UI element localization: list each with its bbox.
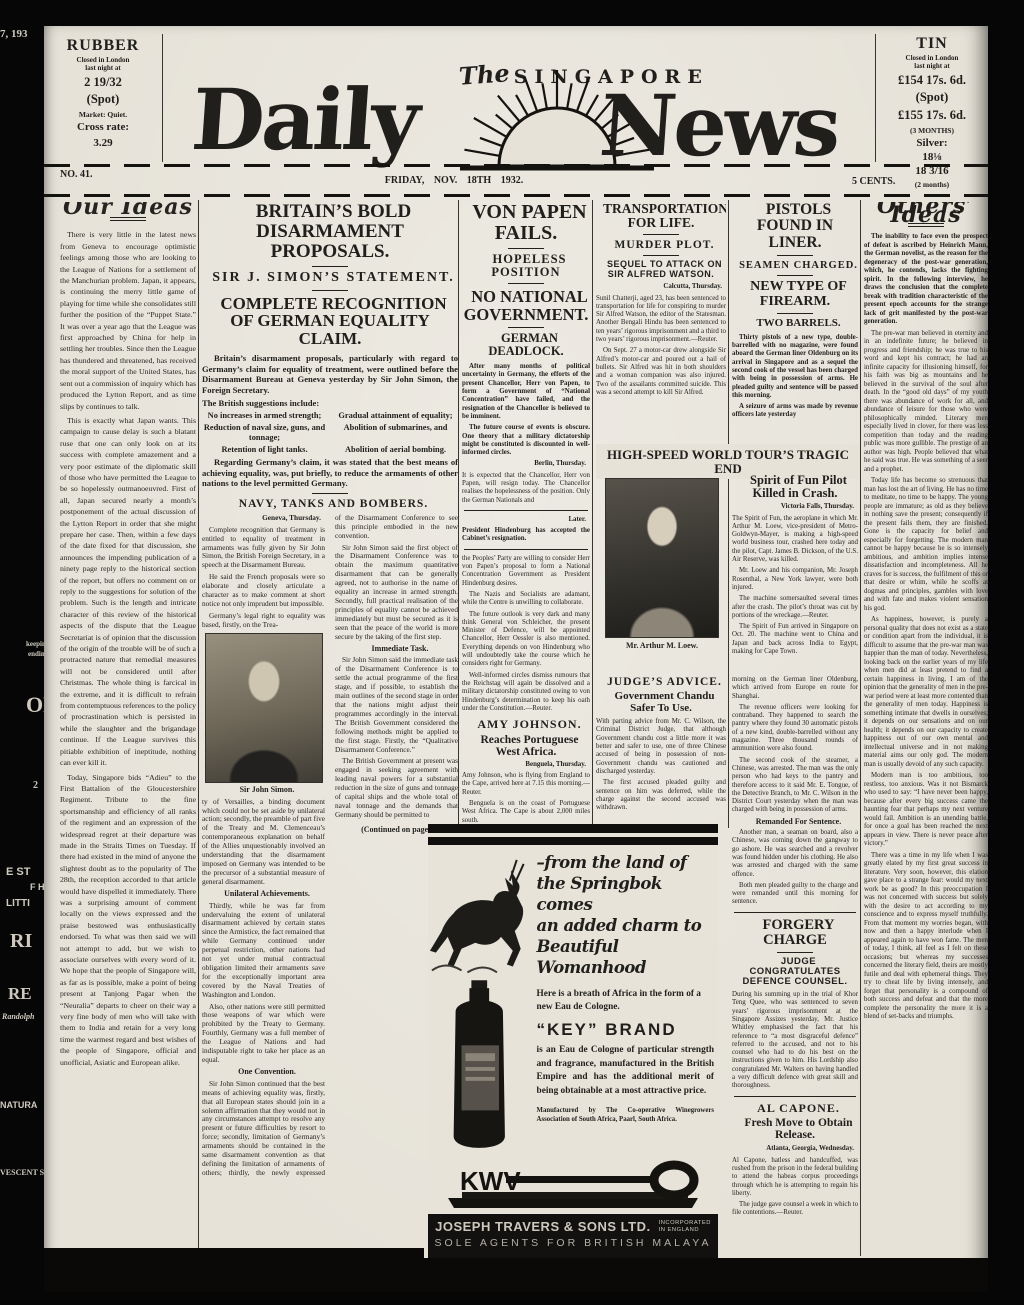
edge-fragment: 7, 193 <box>0 28 28 40</box>
von-papen-article: VON PAPEN FAILS. HOPELESS POSITION NO NA… <box>462 202 590 714</box>
rubber-market-box: RUBBER Closed in London last night at 2 … <box>52 36 154 151</box>
section-rule <box>777 313 813 314</box>
column-rule <box>728 200 729 828</box>
story-paragraph: The Spirit of Fun, the aeroplane in whic… <box>732 515 858 565</box>
story-rule <box>464 549 588 550</box>
pistols-article: PISTOLS FOUND IN LINER. SEAMEN CHARGED. … <box>732 202 858 470</box>
ad-manufacturer-text: Manufactured by The Co-operative Winegro… <box>537 1106 714 1124</box>
subheadline: SIR J. SIMON’S STATEMENT. <box>202 271 458 286</box>
story-paragraph: ty of Versailles, a binding document whi… <box>202 798 325 887</box>
story-dateline: Geneva, Thursday. <box>202 514 325 523</box>
our-ideas-title: Our Ideas <box>60 202 196 213</box>
edge-fragment: E ST <box>6 866 30 878</box>
section-rule <box>643 234 679 235</box>
column-rule <box>592 200 593 828</box>
ad-top-bars <box>428 824 718 846</box>
others-ideas-title: Others’ Ideas <box>864 202 988 219</box>
story-paragraph: Benguela is on the coast of Portuguese W… <box>462 800 590 825</box>
subheadline: MURDER PLOT. <box>596 239 726 251</box>
header-rule <box>44 164 988 167</box>
silver-price-1: 18⅛ <box>880 151 984 165</box>
story-paragraph: The second cook of the steamer, a Chines… <box>732 757 858 815</box>
cross-rate-label: Cross rate: <box>52 121 154 135</box>
story-paragraph: Also, other nations were still permitted… <box>202 1003 325 1065</box>
edge-fragment: Randolph <box>2 1012 34 1021</box>
tin-note: last night at <box>880 62 984 70</box>
headline: TRANSPORTATION FOR LIFE. <box>596 202 726 230</box>
spirit-of-fun-article: Spirit of Fun Pilot Killed in Crash. Vic… <box>732 474 858 670</box>
story-paragraph: Sunil Chatterji, aged 23, has been sente… <box>596 295 726 345</box>
silver-label: Silver: <box>880 137 984 151</box>
lead-paragraph: The British suggestions include: <box>202 398 458 409</box>
subheadline: Reaches Portuguese West Africa. <box>462 734 590 758</box>
subheadline: NEW TYPE OF FIREARM. <box>732 280 858 309</box>
tin-spot-label: (Spot) <box>880 90 984 106</box>
sir-john-simon-photo <box>205 633 323 783</box>
story-paragraph: Complete recognition that Germany is ent… <box>202 526 325 571</box>
arthur-loew-photo <box>605 478 719 638</box>
story-rule <box>734 912 856 913</box>
ad-copy: –from the land of the Springbok comes an… <box>531 846 718 1152</box>
story-paragraph: Amy Johnson, who is flying from England … <box>462 772 590 797</box>
editorial-paragraph: As happiness, however, is purely a perso… <box>864 616 988 769</box>
liner-continuation-column: morning on the German liner Oldenburg, w… <box>732 676 858 1256</box>
editorial-paragraph: This is exactly what Japan wants. This c… <box>60 415 196 769</box>
subheadline: SEQUEL TO ATTACK ON SIR ALFRED WATSON. <box>596 260 726 279</box>
forgery-headline: FORGERY CHARGE <box>732 918 858 948</box>
rubber-spot: (Spot) <box>52 92 154 108</box>
banner-incorporated-line: INCORPORATED <box>659 1220 711 1226</box>
cross-rate-value: 3.29 <box>52 137 154 151</box>
springbok-bottle-illustration <box>428 846 531 1152</box>
crosshead: Unilateral Achievements. <box>202 890 325 899</box>
story-paragraph: Both men pleaded guilty to the charge an… <box>732 882 858 907</box>
ad-body: –from the land of the Springbok comes an… <box>428 846 718 1152</box>
tin-note: Closed in London <box>880 54 984 62</box>
story-paragraph: Al Capone, hatless and handcuffed, was r… <box>732 1157 858 1198</box>
loew-photo-block: Mr. Arthur M. Loew. <box>602 478 722 655</box>
later-paragraph: President Hindenburg has accepted the Ca… <box>462 527 590 544</box>
story-paragraph: Another man, a seaman on board, also a C… <box>732 829 858 879</box>
story-paragraph: The judge gave counsel a week in which t… <box>732 1201 858 1218</box>
section-rule <box>312 266 348 267</box>
newspaper-page: RUBBER Closed in London last night at 2 … <box>44 26 988 1292</box>
section-rule <box>312 493 348 494</box>
key-illustration: KWV <box>442 1158 704 1210</box>
editorial-paragraph: There is very little in the latest news … <box>60 229 196 412</box>
story-paragraph: The future outlook is very dark and many… <box>462 611 590 669</box>
article-subcolumn-left: Geneva, Thursday. Complete recognition t… <box>202 514 325 1178</box>
subheadline: Spirit of Fun Pilot Killed in Crash. <box>732 474 858 500</box>
edge-fragment: RI <box>10 930 32 953</box>
lead-paragraph: Thirty pistols of a new type, double-bar… <box>732 334 858 400</box>
suggestion-item: Retention of light tanks. <box>202 445 327 455</box>
story-paragraph: Sir John Simon said the immediate task o… <box>335 656 458 754</box>
subheadline: SEAMEN CHARGED. <box>732 260 858 271</box>
transportation-article: TRANSPORTATION FOR LIFE. MURDER PLOT. SE… <box>596 202 726 442</box>
others-ideas-column: Others’ Ideas The inability to face even… <box>864 202 988 1256</box>
column-rule <box>860 200 861 1256</box>
story-rule <box>464 510 588 511</box>
story-paragraph: With parting advice from Mr. C. Wilson, … <box>596 718 726 776</box>
header-divider <box>875 34 876 162</box>
story-paragraph: of the Disarmament Conference to see thi… <box>335 514 458 541</box>
story-paragraph: Sir John Simon said the first object of … <box>335 544 458 642</box>
column-rule <box>198 200 199 1256</box>
masthead-daily: Daily <box>189 78 420 162</box>
headline: PISTOLS FOUND IN LINER. <box>732 202 858 251</box>
tin-title: TIN <box>916 35 947 52</box>
subheadline: HOPELESS POSITION <box>462 253 590 279</box>
editorial-paragraph: The pre-war man believed in eternity and… <box>864 330 988 475</box>
later-label: Later. <box>462 516 590 524</box>
column-rule <box>458 200 459 828</box>
headline: AMY JOHNSON. <box>462 718 590 731</box>
judges-advice-article: JUDGE’S ADVICE. Government Chandu Safer … <box>596 676 726 826</box>
photo-caption: Mr. Arthur M. Loew. <box>602 641 722 650</box>
suggestion-item: Abolition of aerial bombing. <box>333 445 458 455</box>
story-dateline: Berlin, Thursday. <box>462 460 590 468</box>
price: 5 CENTS. <box>852 176 895 187</box>
kwv-monogram: KWV <box>460 1166 521 1196</box>
edge-fragment: F H <box>30 882 45 892</box>
silver-2mo-label: (2 months) <box>880 180 984 189</box>
ad-script-line: –from the land of <box>537 852 714 873</box>
banner-company-name: JOSEPH TRAVERS & SONS LTD. <box>435 1219 651 1234</box>
scan-bottom-edge <box>44 1248 424 1292</box>
ad-brand-name: “KEY” BRAND <box>537 1020 714 1040</box>
suggestion-item: Abolition of submarines, and <box>333 423 458 443</box>
ad-script-line: the Springbok comes <box>537 873 714 915</box>
suggestion-row: No increases in armed strength; Gradual … <box>202 411 458 421</box>
story-paragraph: the Peoples’ Party are willing to consid… <box>462 555 590 588</box>
section-rule <box>508 283 544 284</box>
headline: VON PAPEN FAILS. <box>462 202 590 244</box>
suggestion-item: No increases in armed strength; <box>202 411 327 421</box>
tin-price-3mo: £155 17s. 6d. <box>880 108 984 124</box>
suggestion-row: Retention of light tanks. Abolition of a… <box>202 445 458 455</box>
rubber-price: 2 19/32 <box>52 75 154 91</box>
edge-fragment: VESCENT S <box>0 1168 44 1177</box>
story-paragraph: During his summing up in the trial of Kh… <box>732 991 858 1091</box>
headline: BRITAIN’S BOLD DISARMAMENT PROPOSALS. <box>202 202 458 262</box>
story-paragraph: The Spirit of Fun arrived in Singapore o… <box>732 623 858 656</box>
suggestion-item: Reduction of naval size, guns, and tonna… <box>202 423 327 443</box>
rubber-note: Closed in London <box>52 56 154 64</box>
capone-subheadline: Fresh Move to Obtain Release. <box>732 1117 858 1141</box>
subheadline: COMPLETE RECOGNITION OF GERMAN EQUALITY … <box>202 295 458 349</box>
tin-3mo-label: (3 MONTHS) <box>880 126 984 135</box>
editorial-paragraph: There was a time in my life when I was g… <box>864 852 988 1022</box>
banner-agents-line: SOLE AGENTS FOR BRITISH MALAYA <box>428 1237 718 1249</box>
story-paragraph: He said the French proposals were so ela… <box>202 573 325 609</box>
forgery-subheadline: JUDGE CONGRATULATES DEFENCE COUNSEL. <box>732 957 858 987</box>
rubber-market-state: Market: Quiet. <box>52 110 154 119</box>
amy-johnson-article: AMY JOHNSON. Reaches Portuguese West Afr… <box>462 718 590 826</box>
newspaper-scan: 7, 193 2 E ST F H LITTI RI RE Randolph N… <box>0 0 1024 1305</box>
lead-paragraph: The future course of events is obscure. … <box>462 424 590 457</box>
story-paragraph: Sir John Simon continued that the best m… <box>202 1080 325 1178</box>
section-rule <box>777 255 813 256</box>
lead-paragraph: Britain’s disarmament proposals, particu… <box>202 353 458 395</box>
issue-number: NO. 41. <box>60 169 93 180</box>
crosshead: Immediate Task. <box>335 645 458 654</box>
story-paragraph: The British Government at present was en… <box>335 757 458 819</box>
section-rule <box>508 327 544 328</box>
britain-disarmament-article: BRITAIN’S BOLD DISARMAMENT PROPOSALS. SI… <box>202 202 458 1256</box>
banner-incorporation: INCORPORATED IN ENGLAND <box>659 1220 711 1233</box>
lead-paragraph: Regarding Germany’s claim, it was stated… <box>202 457 458 489</box>
editorial-intro: The inability to face even the prospect … <box>864 233 988 327</box>
tin-price-spot: £154 17s. 6d. <box>880 73 984 89</box>
crosshead: NAVY, TANKS AND BOMBERS. <box>202 498 458 510</box>
headline: JUDGE’S ADVICE. <box>596 676 726 688</box>
header-rule <box>44 194 988 197</box>
subheadline: Government Chandu Safer To Use. <box>596 691 726 714</box>
capone-headline: AL CAPONE. <box>732 1102 858 1115</box>
section-rule <box>777 952 813 953</box>
banner-england-line: IN ENGLAND <box>659 1227 699 1233</box>
story-paragraph: The revenue officers were looking for co… <box>732 704 858 754</box>
crosshead: Remanded For Sentence. <box>732 818 858 826</box>
dateline: FRIDAY, NOV. 18TH 1932. <box>294 175 614 186</box>
lead-paragraph: After many months of political uncertain… <box>462 363 590 421</box>
our-ideas-column: Our Ideas There is very little in the la… <box>60 202 196 1256</box>
section-rule <box>508 248 544 249</box>
ad-intro-text: Here is a breath of Africa in the form o… <box>537 988 714 1014</box>
story-paragraph: The machine somersaulted several times a… <box>732 595 858 620</box>
edge-fragment: 2 <box>33 780 38 791</box>
section-rule <box>777 275 813 276</box>
story-rule <box>734 1096 856 1097</box>
story-dateline: Calcutta, Thursday. <box>596 283 726 291</box>
ad-script-line: an added charm to <box>537 915 714 936</box>
edge-fragment: RE <box>8 984 32 1004</box>
lead-paragraph: A seizure of arms was made by revenue of… <box>732 403 858 420</box>
section-rule <box>312 290 348 291</box>
header-divider <box>162 34 163 162</box>
rubber-title: RUBBER <box>67 37 140 54</box>
ad-description-text: is an Eau de Cologne of particular stren… <box>537 1044 714 1098</box>
story-paragraph: Well-informed circles dismiss rumours th… <box>462 672 590 713</box>
suggestion-item: Gradual attainment of equality; <box>333 411 458 421</box>
rubber-note: last night at <box>52 64 154 72</box>
crosshead: One Convention. <box>202 1068 325 1077</box>
editorial-paragraph: Modern man is too ambitious, too restles… <box>864 772 988 849</box>
ad-script-line: Beautiful Womanhood <box>537 936 714 978</box>
section-rule <box>643 255 679 256</box>
article-subcolumns: Geneva, Thursday. Complete recognition t… <box>202 514 458 1178</box>
story-paragraph: It is expected that the Chancellor, Herr… <box>462 472 590 505</box>
story-paragraph: Thirdly, while he was far from undervalu… <box>202 902 325 1000</box>
edge-fragment: LITTI <box>6 898 30 909</box>
photo-caption: Sir John Simon. <box>202 786 325 795</box>
subheadline: GERMAN DEADLOCK. <box>462 332 590 358</box>
story-dateline: Victoria Falls, Thursday. <box>732 503 858 511</box>
story-paragraph: On Sept. 27 a motor-car drew alongside S… <box>596 347 726 397</box>
subheadline: TWO BARRELS. <box>732 318 858 330</box>
story-paragraph: morning on the German liner Oldenburg, w… <box>732 676 858 701</box>
editorial-paragraph: Today life has become so strenuous that … <box>864 477 988 613</box>
editorial-paragraph: Today, Singapore bids “Adieu” to the Fir… <box>60 772 196 1069</box>
story-paragraph: The Nazis and Socialists are adamant, wh… <box>462 591 590 608</box>
suggestion-row: Reduction of naval size, guns, and tonna… <box>202 423 458 443</box>
edge-fragment: NATURA <box>0 1100 37 1110</box>
story-dateline: Benguela, Thursday. <box>462 761 590 769</box>
masthead-news: News <box>597 84 841 168</box>
story-dateline: Atlanta, Georgia, Wednesday. <box>732 1145 858 1153</box>
story-paragraph: The first accused pleaded guilty and sen… <box>596 779 726 812</box>
story-paragraph: Mr. Loew and his companion, Mr. Joseph R… <box>732 567 858 592</box>
story-paragraph: Germany’s legal right to equality was ba… <box>202 612 325 630</box>
subheadline: NO NATIONAL GOVERNMENT. <box>462 288 590 323</box>
joseph-travers-banner: JOSEPH TRAVERS & SONS LTD. INCORPORATED … <box>428 1214 718 1260</box>
key-brand-advertisement: –from the land of the Springbok comes an… <box>428 824 718 1260</box>
